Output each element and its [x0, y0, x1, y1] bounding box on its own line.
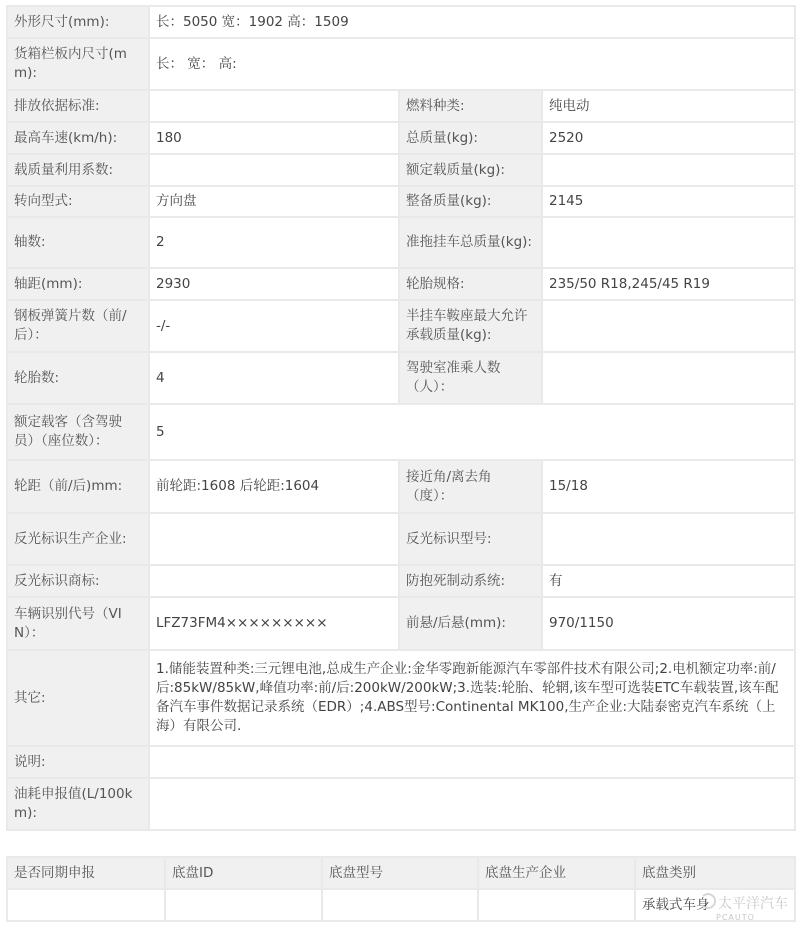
spec-label: 轮胎规格:	[399, 268, 542, 300]
spec-value	[542, 352, 795, 404]
spec-label: 载质量利用系数:	[7, 154, 149, 186]
spec-row: 车辆识别代号（VIN）：LFZ73FM4×××××××××前悬/后悬(mm):9…	[7, 597, 795, 650]
spec-value	[542, 513, 795, 565]
watermark-sub: PCAUTO	[716, 911, 788, 925]
spec-value: 180	[149, 122, 399, 154]
spec-value: 2	[149, 217, 399, 268]
spec-value: LFZ73FM4×××××××××	[149, 597, 399, 650]
spec-value: 2145	[542, 186, 795, 217]
pcauto-watermark: 太平洋汽车 PCAUTO	[700, 893, 788, 925]
spec-value: 方向盘	[149, 186, 399, 217]
spec-label: 前悬/后悬(mm):	[399, 597, 542, 650]
spec-row: 轮距（前/后)mm:前轮距:1608 后轮距:1604接近角/离去角（度）：15…	[7, 460, 795, 513]
spec-value	[149, 746, 795, 778]
header-chassis-type: 底盘类别	[635, 857, 795, 889]
spec-value	[149, 565, 399, 597]
spec-row: 油耗申报值(L/100km):	[7, 778, 795, 830]
header-same-period: 是否同期申报	[7, 857, 165, 889]
spec-label: 准拖挂车总质量(kg):	[399, 217, 542, 268]
spec-label: 外形尺寸(mm):	[7, 6, 149, 38]
spec-label: 轮距（前/后)mm:	[7, 460, 149, 513]
spec-label: 反光标识商标:	[7, 565, 149, 597]
spec-value	[149, 90, 399, 122]
spec-label: 额定载质量(kg):	[399, 154, 542, 186]
spec-label: 钢板弹簧片数（前/后）：	[7, 300, 149, 352]
spec-row: 外形尺寸(mm):长：5050 宽：1902 高：1509	[7, 6, 795, 38]
spec-label: 防抱死制动系统:	[399, 565, 542, 597]
spec-value	[542, 300, 795, 352]
spec-value	[149, 513, 399, 565]
spec-row: 钢板弹簧片数（前/后）：-/-半挂车鞍座最大允许承载质量(kg):	[7, 300, 795, 352]
spec-label: 转向型式:	[7, 186, 149, 217]
spec-label: 最高车速(km/h):	[7, 122, 149, 154]
spec-value: 5	[149, 404, 795, 460]
spec-label: 轴数:	[7, 217, 149, 268]
spec-label: 半挂车鞍座最大允许承载质量(kg):	[399, 300, 542, 352]
spec-row: 货箱栏板内尺寸(mm):长： 宽： 高:	[7, 38, 795, 90]
spec-value: -/-	[149, 300, 399, 352]
spec-value: 有	[542, 565, 795, 597]
spec-label: 驾驶室准乘人数（人）：	[399, 352, 542, 404]
pcauto-logo-icon	[700, 893, 716, 909]
cell-chassis-id	[165, 889, 322, 921]
spec-row: 转向型式:方向盘整备质量(kg):2145	[7, 186, 795, 217]
spec-row: 最高车速(km/h):180总质量(kg):2520	[7, 122, 795, 154]
watermark-main: 太平洋汽车	[718, 896, 788, 912]
spec-value	[542, 217, 795, 268]
spec-label: 轴距(mm):	[7, 268, 149, 300]
spec-label: 说明:	[7, 746, 149, 778]
cell-same-period	[7, 889, 165, 921]
spec-value: 4	[149, 352, 399, 404]
spec-label: 排放依据标准:	[7, 90, 149, 122]
cell-chassis-model	[322, 889, 478, 921]
spec-label: 反光标识生产企业:	[7, 513, 149, 565]
spec-value: 前轮距:1608 后轮距:1604	[149, 460, 399, 513]
header-chassis-model: 底盘型号	[322, 857, 478, 889]
spec-row: 排放依据标准:燃料种类:纯电动	[7, 90, 795, 122]
spec-value: 1.储能装置种类:三元锂电池,总成生产企业:金华零跑新能源汽车零部件技术有限公司…	[149, 650, 795, 746]
spec-row: 反光标识商标:防抱死制动系统:有	[7, 565, 795, 597]
cell-chassis-maker	[478, 889, 635, 921]
spec-value	[149, 154, 399, 186]
chassis-table: 是否同期申报 底盘ID 底盘型号 底盘生产企业 底盘类别 承载式车身	[6, 856, 796, 922]
spec-row: 轴距(mm):2930轮胎规格:235/50 R18,245/45 R19	[7, 268, 795, 300]
spec-value: 2930	[149, 268, 399, 300]
spec-row: 额定载客（含驾驶员）（座位数）：5	[7, 404, 795, 460]
spec-value: 长：5050 宽：1902 高：1509	[149, 6, 795, 38]
spec-label: 其它:	[7, 650, 149, 746]
spec-row: 轴数:2准拖挂车总质量(kg):	[7, 217, 795, 268]
spec-label: 燃料种类:	[399, 90, 542, 122]
spec-row: 反光标识生产企业:反光标识型号:	[7, 513, 795, 565]
chassis-header-row: 是否同期申报 底盘ID 底盘型号 底盘生产企业 底盘类别	[7, 857, 795, 889]
spec-row: 载质量利用系数:额定载质量(kg):	[7, 154, 795, 186]
spec-label: 油耗申报值(L/100km):	[7, 778, 149, 830]
spec-label: 总质量(kg):	[399, 122, 542, 154]
spec-row: 说明:	[7, 746, 795, 778]
spec-label: 反光标识型号:	[399, 513, 542, 565]
spec-row: 其它:1.储能装置种类:三元锂电池,总成生产企业:金华零跑新能源汽车零部件技术有…	[7, 650, 795, 746]
spec-value: 15/18	[542, 460, 795, 513]
spec-value: 970/1150	[542, 597, 795, 650]
header-chassis-maker: 底盘生产企业	[478, 857, 635, 889]
spec-label: 货箱栏板内尺寸(mm):	[7, 38, 149, 90]
spec-label: 车辆识别代号（VIN）：	[7, 597, 149, 650]
vehicle-spec-table: 外形尺寸(mm):长：5050 宽：1902 高：1509货箱栏板内尺寸(mm)…	[6, 5, 796, 831]
spec-label: 接近角/离去角（度）：	[399, 460, 542, 513]
spec-table-body: 外形尺寸(mm):长：5050 宽：1902 高：1509货箱栏板内尺寸(mm)…	[7, 6, 795, 830]
chassis-data-row: 承载式车身	[7, 889, 795, 921]
spec-value	[149, 778, 795, 830]
spec-value: 235/50 R18,245/45 R19	[542, 268, 795, 300]
spec-label: 轮胎数:	[7, 352, 149, 404]
header-chassis-id: 底盘ID	[165, 857, 322, 889]
spec-row: 轮胎数:4驾驶室准乘人数（人）：	[7, 352, 795, 404]
spec-value	[542, 154, 795, 186]
spec-value: 纯电动	[542, 90, 795, 122]
spec-value: 长： 宽： 高:	[149, 38, 795, 90]
spec-value: 2520	[542, 122, 795, 154]
spec-label: 额定载客（含驾驶员）（座位数）：	[7, 404, 149, 460]
spec-label: 整备质量(kg):	[399, 186, 542, 217]
